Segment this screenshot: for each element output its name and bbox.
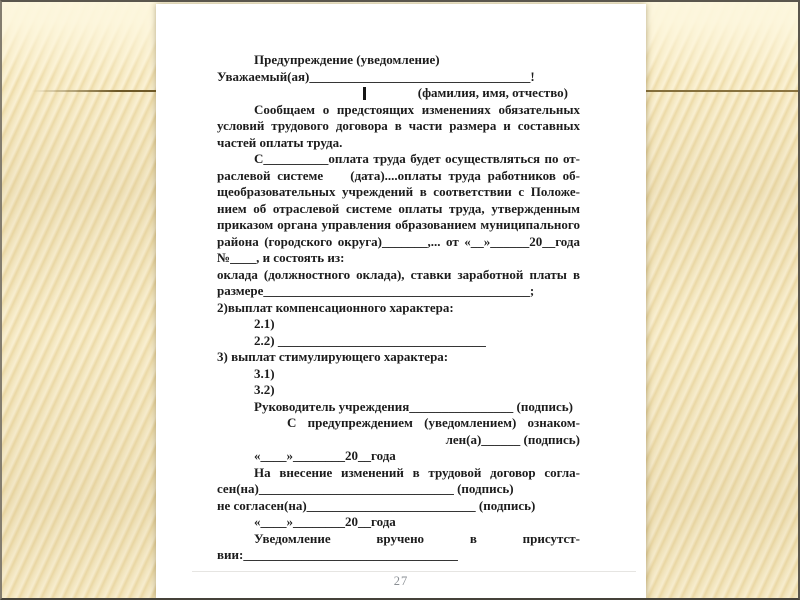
document-page: Предупреждение (уведомление)Уважаемый(ая… bbox=[156, 4, 646, 600]
doc-line: размере_________________________________… bbox=[217, 283, 580, 300]
doc-line: Уведомление вручено в присутст- bbox=[217, 531, 580, 548]
fio-hint-label: (фамилия, имя, отчество) bbox=[418, 85, 568, 100]
doc-line: 3.2) bbox=[217, 382, 580, 399]
doc-line: Предупреждение (уведомление) bbox=[217, 52, 580, 69]
doc-line: С предупреждением (уведомлением) ознаком… bbox=[217, 415, 580, 432]
doc-line: 2)выплат компенсационного характера: bbox=[217, 300, 580, 317]
doc-line: нием об отраслевой системе оплаты труда,… bbox=[217, 201, 580, 218]
doc-line: №____, и состоять из: bbox=[217, 250, 580, 267]
doc-line: условий трудового договора в части разме… bbox=[217, 118, 580, 135]
doc-line: Сообщаем о предстоящих изменениях обязат… bbox=[217, 102, 580, 119]
doc-line: Руководитель учреждения________________ … bbox=[217, 399, 580, 416]
doc-line: С__________оплата труда будет осуществля… bbox=[217, 151, 580, 168]
doc-line: (фамилия, имя, отчество) bbox=[217, 85, 580, 102]
doc-line: «____»________20__года bbox=[217, 448, 580, 465]
doc-line: лен(а)______ (подпись) bbox=[217, 432, 580, 449]
page-number: 27 bbox=[156, 574, 646, 589]
doc-line: 2.2) ________________________________ bbox=[217, 333, 580, 350]
footer-divider bbox=[192, 571, 636, 572]
doc-line: щеобразовательных учреждений в соответст… bbox=[217, 184, 580, 201]
doc-line: приказом органа управления образованием … bbox=[217, 217, 580, 234]
doc-line: раслевой системе (дата)....оплаты труда … bbox=[217, 168, 580, 185]
doc-line: «____»________20__года bbox=[217, 514, 580, 531]
doc-line: 3.1) bbox=[217, 366, 580, 383]
text-cursor-icon bbox=[363, 87, 366, 100]
doc-line: 2.1) bbox=[217, 316, 580, 333]
doc-line: сен(на)______________________________ (п… bbox=[217, 481, 580, 498]
doc-line: оклада (должностного оклада), ставки зар… bbox=[217, 267, 580, 284]
doc-line: не согласен(на)_________________________… bbox=[217, 498, 580, 515]
presentation-slide: Предупреждение (уведомление)Уважаемый(ая… bbox=[0, 0, 800, 600]
doc-line: района (городского округа)_______,... от… bbox=[217, 234, 580, 251]
doc-line: Уважаемый(ая)___________________________… bbox=[217, 69, 580, 86]
doc-line: 3) выплат стимулирующего характера: bbox=[217, 349, 580, 366]
document-body: Предупреждение (уведомление)Уважаемый(ая… bbox=[217, 52, 580, 564]
doc-line: частей оплаты труда. bbox=[217, 135, 580, 152]
doc-line: На внесение изменений в трудовой договор… bbox=[217, 465, 580, 482]
doc-line: вии:_________________________________ bbox=[217, 547, 580, 564]
